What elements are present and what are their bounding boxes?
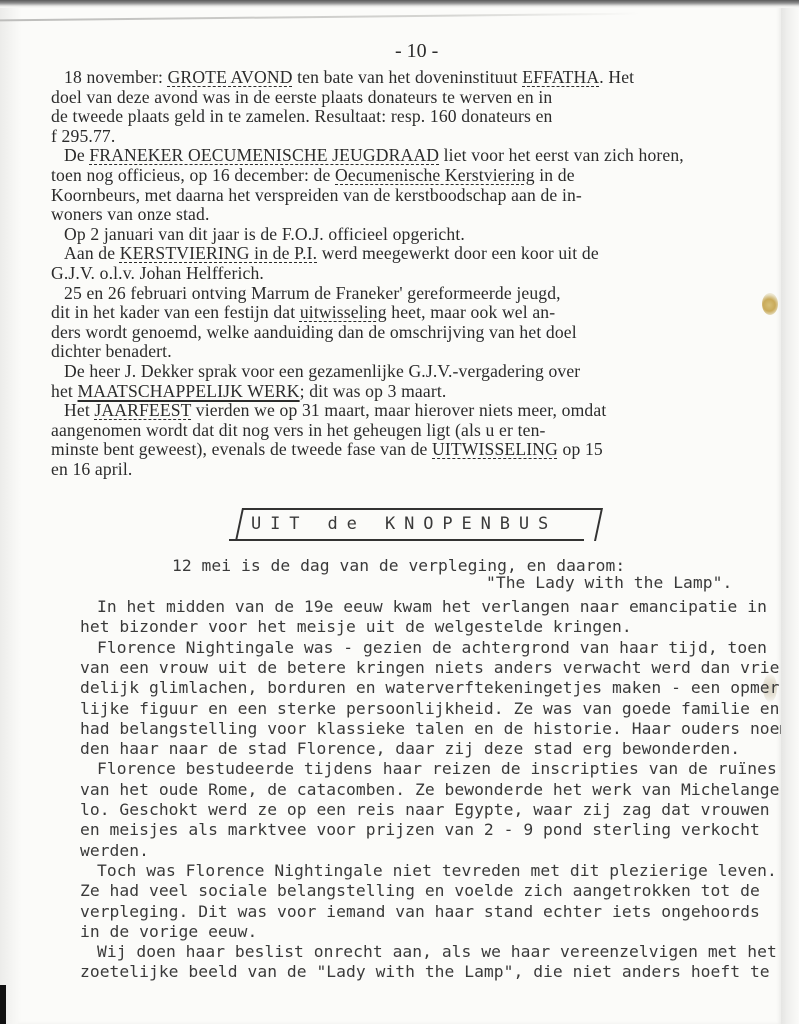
heading-rule-top: [242, 508, 602, 510]
text-span: liet voor het eerst van zich horen,: [439, 145, 684, 165]
article-line: het bizonder voor het meisje uit de welg…: [80, 617, 632, 636]
heading-rule-bottom: [229, 539, 584, 541]
underlined-term: EFFATHA: [522, 67, 599, 87]
article-line: delijk glimlachen, borduren en waterverf…: [80, 678, 799, 697]
heading-slash-left: [235, 508, 244, 541]
scanned-page: - 10 - 18 november: GROTE AVOND ten bate…: [0, 0, 781, 1024]
article-line: Toch was Florence Nightingale niet tevre…: [97, 861, 777, 880]
article-line: den haar naar de stad Florence, daar zij…: [80, 739, 740, 758]
text-line: Het JAARFEEST vierden we op 31 maart, ma…: [64, 400, 606, 421]
article-line: zoetelijke beeld van de "Lady with the L…: [80, 962, 770, 981]
text-line: G.J.V. o.l.v. Johan Helfferich.: [51, 263, 264, 284]
text-line: De heer J. Dekker sprak voor een gezamen…: [64, 361, 580, 382]
text-span: G.J.V. o.l.v. Johan Helfferich.: [51, 263, 264, 283]
text-line: ders wordt genoemd, welke aanduiding dan…: [51, 322, 577, 343]
text-line: De FRANEKER OECUMENISCHE JEUGDRAAD liet …: [64, 145, 684, 166]
text-span: en 16 april.: [51, 459, 132, 479]
underlined-term: FRANEKER OECUMENISCHE JEUGDRAAD: [89, 145, 439, 165]
text-span: dit in het kader van een festijn dat: [51, 302, 300, 322]
scan-corner-shadow: [0, 985, 6, 1024]
section-heading-box: UIT de KNOPENBUS: [229, 508, 600, 540]
text-span: ; dit was op 3 maart.: [300, 381, 447, 401]
underlined-term: GROTE AVOND: [168, 67, 293, 87]
text-span: het: [51, 381, 78, 401]
article-line: Florence Nightingale was - gezien de ach…: [97, 638, 767, 657]
text-line: de tweede plaats geld in te zamelen. Res…: [51, 106, 552, 127]
text-span: 18 november:: [64, 67, 168, 87]
text-span: . Het: [599, 67, 634, 87]
text-span: toen nog officieus, op 16 december: de: [51, 165, 335, 185]
article-line: Wij doen haar beslist onrecht aan, als w…: [97, 942, 777, 961]
article-line: van een vrouw uit de betere kringen niet…: [80, 658, 799, 677]
text-line: toen nog officieus, op 16 december: de O…: [51, 165, 575, 186]
article-line: in de vorige eeuw.: [80, 922, 257, 941]
text-line: 25 en 26 februari ontving Marrum de Fran…: [64, 283, 561, 304]
text-line: Koornbeurs, met daarna het verspreiden v…: [51, 185, 582, 206]
text-span: werd meegewerkt door een koor uit de: [317, 243, 599, 263]
text-span: De heer J. Dekker sprak voor een gezamen…: [64, 361, 580, 381]
text-line: f 295.77.: [51, 126, 115, 147]
text-line: doel van deze avond was in de eerste pla…: [51, 87, 552, 108]
article-line: had belangstelling voor klassieke talen …: [80, 719, 799, 738]
text-line: 18 november: GROTE AVOND ten bate van he…: [64, 67, 634, 88]
text-line: Op 2 januari van dit jaar is de F.O.J. o…: [64, 224, 465, 245]
text-span: 25 en 26 februari ontving Marrum de Fran…: [64, 283, 561, 303]
text-span: dichter benadert.: [51, 341, 172, 361]
article-line: Florence bestudeerde tijdens haar reizen…: [97, 759, 777, 778]
article-line: en meisjes als marktvee voor prijzen van…: [80, 820, 760, 839]
text-span: doel van deze avond was in de eerste pla…: [51, 87, 552, 107]
page-number: - 10 -: [395, 40, 438, 63]
paper-fold-line: [0, 13, 640, 22]
underlined-term: KERSTVIERING in de P.I.: [120, 243, 317, 263]
text-span: De: [64, 145, 89, 165]
text-line: dit in het kader van een festijn dat uit…: [51, 302, 555, 323]
section-heading: UIT de KNOPENBUS: [251, 514, 557, 534]
article-line: In het midden van de 19e eeuw kwam het v…: [97, 597, 767, 616]
text-line: minste bent geweest), evenals de tweede …: [51, 439, 603, 460]
underlined-term: JAARFEEST: [94, 400, 191, 420]
text-line: woners van onze stad.: [51, 204, 210, 225]
punch-hole: [762, 293, 778, 315]
text-line: Aan de KERSTVIERING in de P.I. werd meeg…: [64, 243, 599, 264]
scanner-top-edge: [0, 0, 799, 8]
text-line: aangenomen wordt dat dit nog vers in het…: [51, 420, 546, 441]
text-span: woners van onze stad.: [51, 204, 210, 224]
text-line: en 16 april.: [51, 459, 132, 480]
text-span: op 15: [558, 439, 603, 459]
underlined-term: MAATSCHAPPELIJK WERK: [78, 381, 300, 401]
text-span: f 295.77.: [51, 126, 115, 146]
text-line: het MAATSCHAPPELIJK WERK; dit was op 3 m…: [51, 381, 446, 402]
text-span: in de: [535, 165, 575, 185]
article-line: lo. Geschokt werd ze op een reis naar Eg…: [80, 800, 770, 819]
page-right-edge: [781, 0, 799, 1024]
text-span: de tweede plaats geld in te zamelen. Res…: [51, 106, 552, 126]
text-span: Het: [64, 400, 94, 420]
heading-slash-right: [594, 508, 603, 541]
article-line: van het oude Rome, de catacomben. Ze bew…: [80, 780, 789, 799]
text-span: aangenomen wordt dat dit nog vers in het…: [51, 420, 546, 440]
article-line: verpleging. Dit was voor iemand van haar…: [80, 902, 760, 921]
underlined-term: uitwisseling: [300, 302, 387, 322]
underlined-term: Oecumenische Kerstviering: [335, 165, 535, 185]
page-left-edge: [0, 0, 22, 1024]
text-span: Op 2 januari van dit jaar is de F.O.J. o…: [64, 224, 465, 244]
text-span: Aan de: [64, 243, 120, 263]
text-span: ders wordt genoemd, welke aanduiding dan…: [51, 322, 577, 342]
text-span: minste bent geweest), evenals de tweede …: [51, 439, 432, 459]
article-line: lijke figuur en een sterke persoonlijkhe…: [80, 699, 780, 718]
intro-quote-title: "The Lady with the Lamp".: [486, 573, 732, 592]
text-span: Koornbeurs, met daarna het verspreiden v…: [51, 185, 582, 205]
text-span: vierden we op 31 maart, maar hierover ni…: [191, 400, 606, 420]
article-line: Ze had veel sociale belangstelling en vo…: [80, 881, 760, 900]
underlined-term: UITWISSELING: [432, 439, 558, 459]
text-line: dichter benadert.: [51, 341, 172, 362]
text-span: heet, maar ook wel an-: [387, 302, 556, 322]
article-line: werden.: [80, 841, 149, 860]
text-span: ten bate van het doveninstituut: [293, 67, 523, 87]
